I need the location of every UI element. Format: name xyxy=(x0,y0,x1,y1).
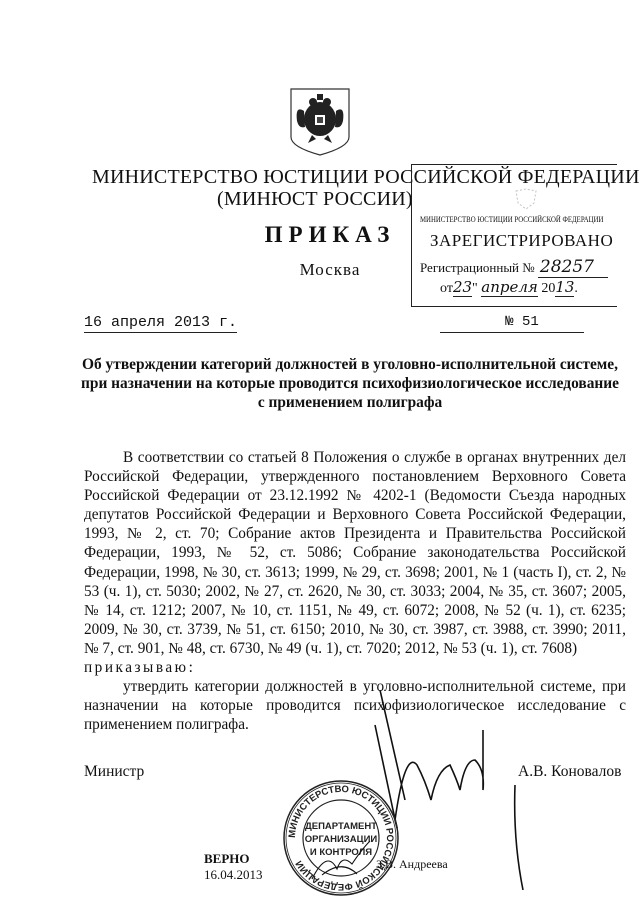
order-number: № 51 xyxy=(505,314,539,330)
certified-date: 16.04.2013 xyxy=(204,867,263,883)
stamp-date-line: от23" апреля 2013. xyxy=(440,278,578,297)
stamp-status: ЗАРЕГИСТРИРОВАНО xyxy=(430,231,613,251)
registration-stamp: МИНИСТЕРСТВО ЮСТИЦИИ РОССИЙСКОЙ ФЕДЕРАЦИ… xyxy=(411,164,617,307)
stamp-ministry: МИНИСТЕРСТВО ЮСТИЦИИ РОССИЙСКОЙ ФЕДЕРАЦИ… xyxy=(420,215,603,224)
stamp-date-day: 23 xyxy=(453,278,472,297)
certified-label: ВЕРНО xyxy=(204,851,250,867)
stamp-date-year-prefix: 20 xyxy=(541,281,555,296)
stamp-date-month: апреля xyxy=(481,278,538,297)
order-word: приказываю: xyxy=(84,658,626,677)
decision-paragraph: утвердить категории должностей в уголовн… xyxy=(84,677,626,734)
signatory-position: Министр xyxy=(84,763,144,781)
document-type: ПРИКАЗ xyxy=(250,222,410,248)
coat-of-arms-icon xyxy=(287,85,353,157)
stamp-reg-number: 28257 xyxy=(538,257,608,278)
certifier-name: З.В. Андреева xyxy=(376,857,448,872)
order-title: Об утверждении категорий должностей в уг… xyxy=(80,355,620,412)
stamp-emblem-icon xyxy=(512,187,540,211)
minister-name: А.В. Коновалов xyxy=(518,763,621,781)
stamp-reg-number-line: Регистрационный № 28257 xyxy=(420,257,608,277)
stamp-date-year-suffix: 13 xyxy=(555,278,574,297)
ministry-short-name: (МИНЮСТ РОССИИ) xyxy=(217,188,413,211)
order-number-line: № 51 xyxy=(440,314,584,333)
stamp-date-prefix: от xyxy=(440,281,453,296)
seal-line1: ДЕПАРТАМЕНТ xyxy=(305,821,377,832)
city: Москва xyxy=(250,260,410,280)
seal-line2: ОРГАНИЗАЦИИ xyxy=(305,834,378,845)
official-seal: МИНИСТЕРСТВО ЮСТИЦИИ РОССИЙСКОЙ ФЕДЕРАЦИ… xyxy=(282,779,400,897)
preamble-paragraph: В соответствии со статьей 8 Положения о … xyxy=(84,448,626,658)
order-date: 16 апреля 2013 г. xyxy=(84,314,237,333)
stamp-reg-label: Регистрационный № xyxy=(420,260,535,275)
order-body: В соответствии со статьей 8 Положения о … xyxy=(84,448,626,734)
